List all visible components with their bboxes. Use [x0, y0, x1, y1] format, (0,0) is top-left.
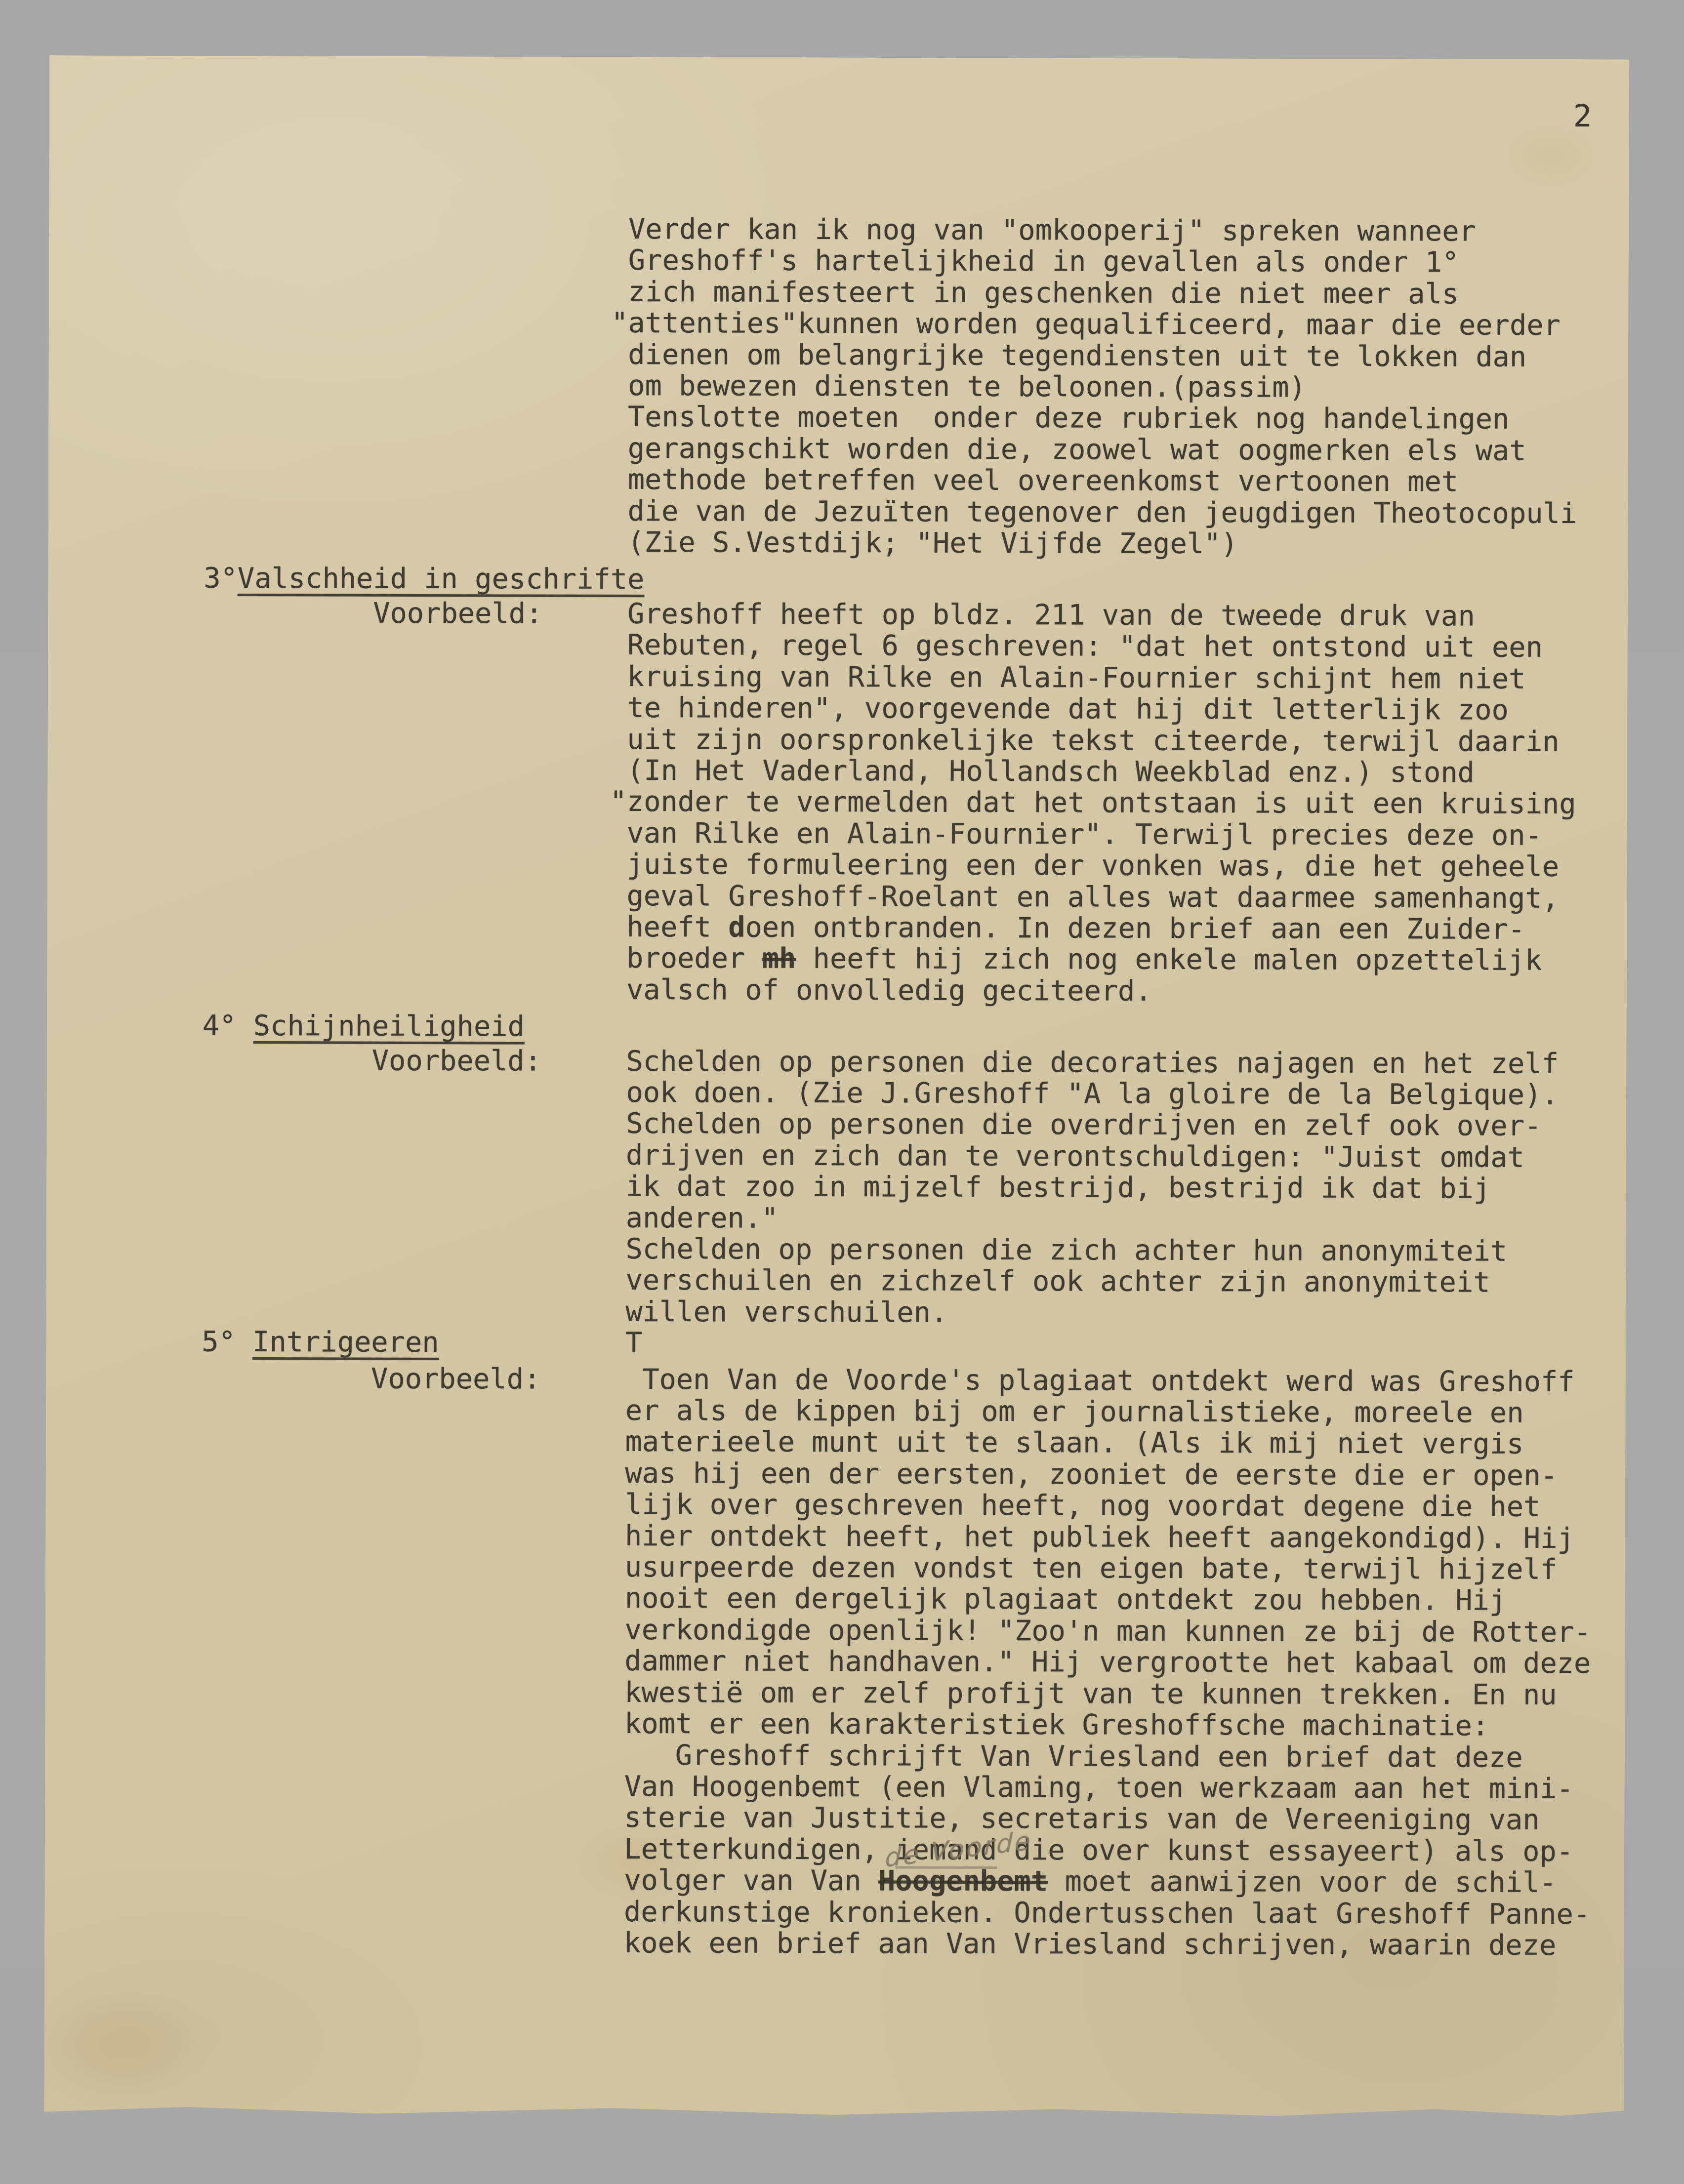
typed-text: hier ontdekt heeft, het publiek heeft aa… [201, 1518, 1574, 1554]
text-line: Verder kan ik nog van "omkooperij" sprek… [205, 213, 1595, 248]
struck-out-text: mh [762, 942, 796, 975]
typed-text: was hij een der eersten, zooniet de eers… [201, 1456, 1558, 1492]
typed-text: "zonder te vermelden dat het ontstaan is… [203, 784, 1576, 820]
text-line: 5° Intrigeeren T [202, 1327, 1592, 1362]
text-line: methode betreffen veel overeenkomst vert… [204, 463, 1594, 498]
typed-text: nooit een dergelijk plagiaat ontdekt zou… [201, 1581, 1507, 1617]
section-heading-underlined: Intrigeeren [252, 1326, 439, 1359]
text-line: van Rilke en Alain-Fournier". Terwijl pr… [203, 817, 1593, 852]
typed-text: juiste formuleering een der vonken was, … [203, 847, 1560, 883]
section-heading-underlined: Valschheid in geschrifte [238, 562, 645, 596]
typed-text: 4° [203, 1010, 253, 1042]
text-line: Greshoff schrijft Van Vriesland een brie… [201, 1739, 1591, 1774]
typed-text: (Zie S.Vestdijk; "Het Vijfde Zegel") [204, 525, 1238, 560]
typed-text: Greshoff schrijft Van Vriesland een brie… [201, 1738, 1523, 1774]
typed-text: ook doen. (Zie J.Greshoff "A la gloire d… [202, 1075, 1559, 1111]
typed-text: T [439, 1326, 643, 1359]
typed-text: (In Het Vaderland, Hollandsch Weekblad e… [203, 753, 1475, 789]
typed-text: Voorbeeld: Schelden op personen die deco… [203, 1044, 1559, 1080]
text-line: 4° Schijnheiligheid [203, 1011, 1593, 1046]
typed-text: van Rilke en Alain-Fournier". Terwijl pr… [203, 816, 1542, 852]
typed-text: Schelden op personen die overdrijven en … [202, 1106, 1541, 1142]
typed-text: Van Hoogenbemt (een Vlaming, toen werkza… [201, 1769, 1574, 1805]
typed-text: usurpeerde dezen vondst ten eigen bate, … [201, 1550, 1558, 1586]
text-line: heeft doen ontbranden. In dezen brief aa… [203, 911, 1593, 946]
typed-text: valsch of onvolledig geciteerd. [203, 972, 1152, 1008]
typed-text: methode betreffen veel overeenkomst vert… [204, 462, 1459, 498]
text-line: nooit een dergelijk plagiaat ontdekt zou… [201, 1582, 1591, 1617]
text-line: drijven en zich dan te verontschuldigen:… [202, 1139, 1592, 1174]
text-line: Voorbeeld: Toen Van de Voorde's plagiaat… [202, 1363, 1592, 1398]
typed-text: verkondigde openlijk! "Zoo'n man kunnen … [201, 1613, 1591, 1649]
text-line: usurpeerde dezen vondst ten eigen bate, … [201, 1551, 1591, 1586]
typed-text: volger van Van [200, 1863, 878, 1898]
text-line: derkunstige kronieken. Ondertusschen laa… [200, 1895, 1590, 1930]
typescript-text: Verder kan ik nog van "omkooperij" sprek… [200, 213, 1595, 1962]
text-line: anderen." [202, 1201, 1592, 1236]
typed-text: "attenties"kunnen worden gequalificeerd,… [205, 306, 1561, 342]
typed-text: uit zijn oorspronkelijke tekst citeerde,… [203, 722, 1560, 758]
typed-text: Verder kan ik nog van "omkooperij" sprek… [205, 212, 1476, 248]
typed-text: ik dat zoo in mijzelf bestrijd, bestrijd… [202, 1169, 1490, 1205]
text-line: Rebuten, regel 6 geschreven: "dat het on… [204, 629, 1594, 664]
typed-text: dienen om belangrijke tegendiensten uit … [204, 337, 1526, 373]
text-line: "attenties"kunnen worden gequalificeerd,… [205, 307, 1595, 342]
text-line: valsch of onvolledig geciteerd. [203, 973, 1593, 1009]
typed-text: Tenslotte moeten onder deze rubriek nog … [204, 400, 1510, 436]
typed-text: broeder [203, 941, 762, 975]
text-line: dammer niet handhaven." Hij vergrootte h… [201, 1645, 1591, 1680]
typed-text: koek een brief aan Van Vriesland schrijv… [200, 1926, 1557, 1962]
typed-text: er als de kippen bij om er journalistiek… [202, 1393, 1524, 1429]
typed-text: oen ontbranden. In dezen brief aan een Z… [745, 911, 1525, 946]
typed-text: drijven en zich dan te verontschuldigen:… [202, 1138, 1524, 1174]
text-line: sterie van Justitie, secretaris van de V… [201, 1801, 1591, 1836]
text-line: "zonder te vermelden dat het ontstaan is… [203, 785, 1593, 820]
text-line: dienen om belangrijke tegendiensten uit … [204, 338, 1594, 373]
text-line: Tenslotte moeten onder deze rubriek nog … [204, 401, 1594, 436]
text-line: juiste formuleering een der vonken was, … [203, 848, 1593, 883]
section-heading-underlined: Schijnheiligheid [253, 1010, 525, 1043]
text-line: (In Het Vaderland, Hollandsch Weekblad e… [203, 754, 1593, 789]
text-line: kruising van Rilke en Alain-Fournier sch… [204, 660, 1594, 695]
text-line: Van Hoogenbemt (een Vlaming, toen werkza… [201, 1770, 1591, 1805]
typed-text: lijk over geschreven heeft, nog voordat … [201, 1487, 1540, 1523]
text-line: Voorbeeld: Greshoff heeft op bldz. 211 v… [204, 598, 1594, 633]
text-line: komt er een karakteristiek Greshoffsche … [201, 1707, 1591, 1742]
typed-text: geval Greshoff-Roelant en alles wat daar… [203, 878, 1559, 914]
text-line: willen verschuilen. [202, 1295, 1592, 1331]
text-line: kwestië om er zelf profijt van te kunnen… [201, 1676, 1591, 1711]
text-line: hier ontdekt heeft, het publiek heeft aa… [201, 1519, 1591, 1554]
typed-text: dammer niet handhaven." Hij vergrootte h… [201, 1644, 1591, 1680]
typed-text: komt er een karakteristiek Greshoffsche … [201, 1706, 1489, 1742]
typed-text: 3° [204, 562, 238, 595]
typed-text: materieele munt uit te slaan. (Als ik mi… [202, 1424, 1524, 1460]
typed-text: die over kunst essayeert) als op- [997, 1834, 1573, 1868]
text-line: te hinderen", voorgevende dat hij dit le… [203, 691, 1593, 727]
text-line: ik dat zoo in mijzelf bestrijd, bestrijd… [202, 1170, 1592, 1205]
text-line: materieele munt uit te slaan. (Als ik mi… [202, 1425, 1592, 1460]
typed-text: die van de Jezuïten tegenover den jeugdi… [204, 493, 1577, 529]
typed-text: Schelden op personen die zich achter hun… [202, 1232, 1508, 1268]
document-page: 2 Verder kan ik nog van "omkooperij" spr… [44, 55, 1629, 2120]
typed-text: gerangschikt worden die, zoowel wat oogm… [204, 431, 1526, 467]
text-line: 3°Valschheid in geschrifte [204, 563, 1594, 598]
typed-text: kwestië om er zelf profijt van te kunnen… [201, 1675, 1557, 1711]
typed-text: Voorbeeld: Toen Van de Voorde's plagiaat… [202, 1362, 1575, 1398]
typed-text: willen verschuilen. [202, 1294, 947, 1329]
typed-text: Greshoff's hartelijkheid in gevallen als… [205, 243, 1459, 279]
text-line: (Zie S.Vestdijk; "Het Vijfde Zegel") [204, 526, 1594, 561]
typed-text: verschuilen en zichzelf ook achter zijn … [202, 1263, 1490, 1299]
text-line: gerangschikt worden die, zoowel wat oogm… [204, 432, 1594, 467]
typed-text: heeft [203, 910, 728, 944]
text-line: verschuilen en zichzelf ook achter zijn … [202, 1264, 1592, 1299]
text-line: Voorbeeld: Schelden op personen die deco… [203, 1045, 1593, 1080]
text-line: om bewezen diensten te beloonen.(passim) [204, 369, 1594, 404]
text-line: koek een brief aan Van Vriesland schrijv… [200, 1927, 1590, 1962]
typed-text: sterie van Justitie, secretaris van de V… [201, 1800, 1540, 1836]
text-line: verkondigde openlijk! "Zoo'n man kunnen … [201, 1614, 1591, 1649]
text-line: er als de kippen bij om er journalistiek… [202, 1394, 1592, 1429]
typed-text: moet aanwijzen voor de schil- [1048, 1865, 1557, 1899]
paper-stain [24, 1982, 212, 2110]
text-line: Schelden op personen die overdrijven en … [202, 1107, 1592, 1142]
typed-text: Rebuten, regel 6 geschreven: "dat het on… [204, 628, 1543, 664]
overtyped-text: d [728, 911, 745, 944]
typed-text: Voorbeeld: Greshoff heeft op bldz. 211 v… [204, 597, 1475, 633]
text-line: was hij een der eersten, zooniet de eers… [201, 1457, 1591, 1492]
typed-text: Letterkundigen, [200, 1832, 895, 1866]
text-line: Greshoff's hartelijkheid in gevallen als… [205, 244, 1595, 279]
typed-text: om bewezen diensten te beloonen.(passim) [204, 368, 1306, 404]
typed-text: derkunstige kronieken. Ondertusschen laa… [200, 1894, 1590, 1930]
typed-text: 5° [202, 1326, 252, 1358]
typed-text: te hinderen", voorgevende dat hij dit le… [203, 690, 1509, 727]
typed-text: heeft hij zich nog enkele malen opzettel… [796, 942, 1542, 977]
typed-text: kruising van Rilke en Alain-Fournier sch… [204, 659, 1526, 695]
typed-text: anderen." [202, 1200, 779, 1234]
text-line: Schelden op personen die zich achter hun… [202, 1233, 1592, 1268]
scan-background: 2 Verder kan ik nog van "omkooperij" spr… [0, 0, 1684, 2184]
text-line: zich manifesteert in geschenken die niet… [205, 276, 1595, 311]
page-number: 2 [1573, 98, 1592, 134]
typed-text: zich manifesteert in geschenken die niet… [205, 275, 1459, 311]
text-line: die van de Jezuïten tegenover den jeugdi… [204, 494, 1594, 529]
text-line: lijk over geschreven heeft, nog voordat … [201, 1488, 1591, 1523]
text-line: geval Greshoff-Roelant en alles wat daar… [203, 879, 1593, 914]
text-line: uit zijn oorspronkelijke tekst citeerde,… [203, 723, 1593, 758]
text-line: ook doen. (Zie J.Greshoff "A la gloire d… [202, 1076, 1592, 1111]
text-line: broeder mh heeft hij zich nog enkele mal… [203, 942, 1593, 977]
